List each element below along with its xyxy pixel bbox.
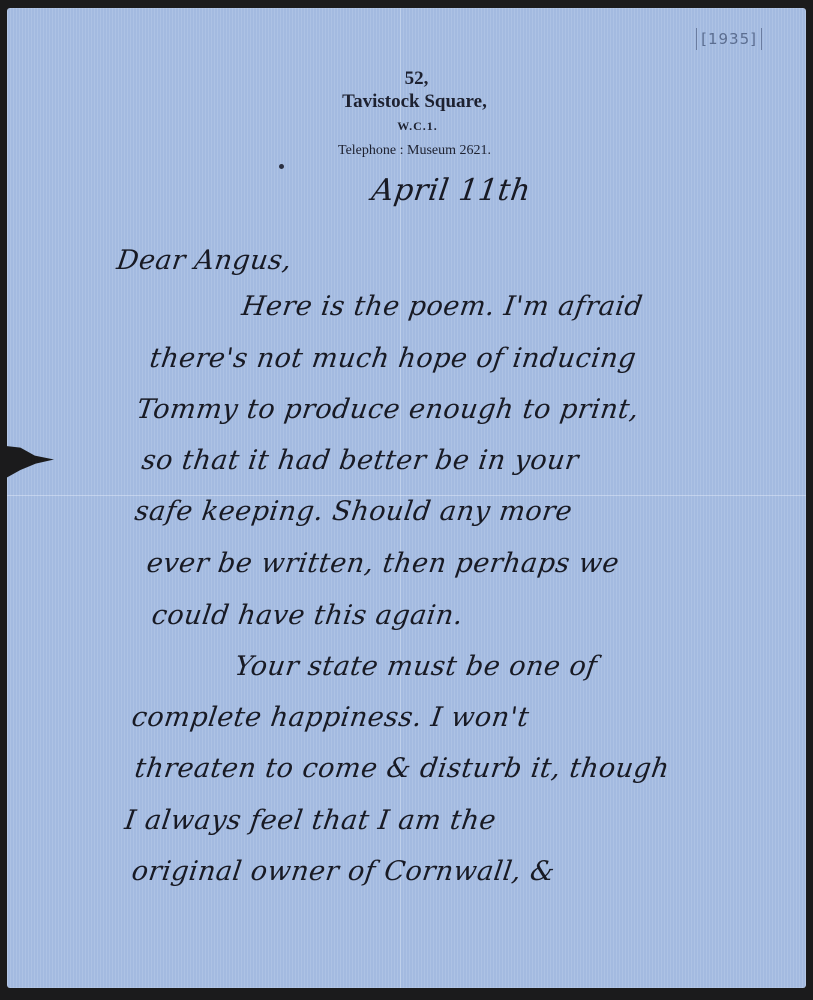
letter-salutation: Dear Angus, [115,245,294,276]
letterhead: 52, Tavistock Square, W.C.1. Telephone :… [7,68,806,162]
letter-line: ever be written, then perhaps we [145,548,621,579]
letter-date: April 11th [370,173,533,208]
letter-line: original owner of Cornwall, & [130,856,557,887]
letter-line: complete happiness. I won't [130,702,531,733]
letter-line: there's not much hope of inducing [148,343,638,374]
letter-line: so that it had better be in your [140,445,581,476]
letter-line: safe keeping. Should any more [133,496,575,527]
letter-line: Your state must be one of [233,651,599,682]
torn-edge [6,446,54,478]
letterhead-district: W.C.1. [29,116,806,136]
letterhead-house-number: 52, [27,68,806,90]
ink-speck [279,164,284,169]
letterhead-street: Tavistock Square, [23,90,806,114]
letterhead-telephone: Telephone : Museum 2621. [23,140,806,162]
letter-line: could have this again. [150,600,465,631]
letter-paper: [1935] 52, Tavistock Square, W.C.1. Tele… [7,8,806,988]
letter-line: Here is the poem. I'm afraid [240,291,645,322]
letter-line: threaten to come & disturb it, though [133,753,672,784]
archive-pencil-mark: [1935] [696,28,762,50]
letter-line: Tommy to produce enough to print, [135,394,641,425]
letter-line: I always feel that I am the [123,805,498,836]
